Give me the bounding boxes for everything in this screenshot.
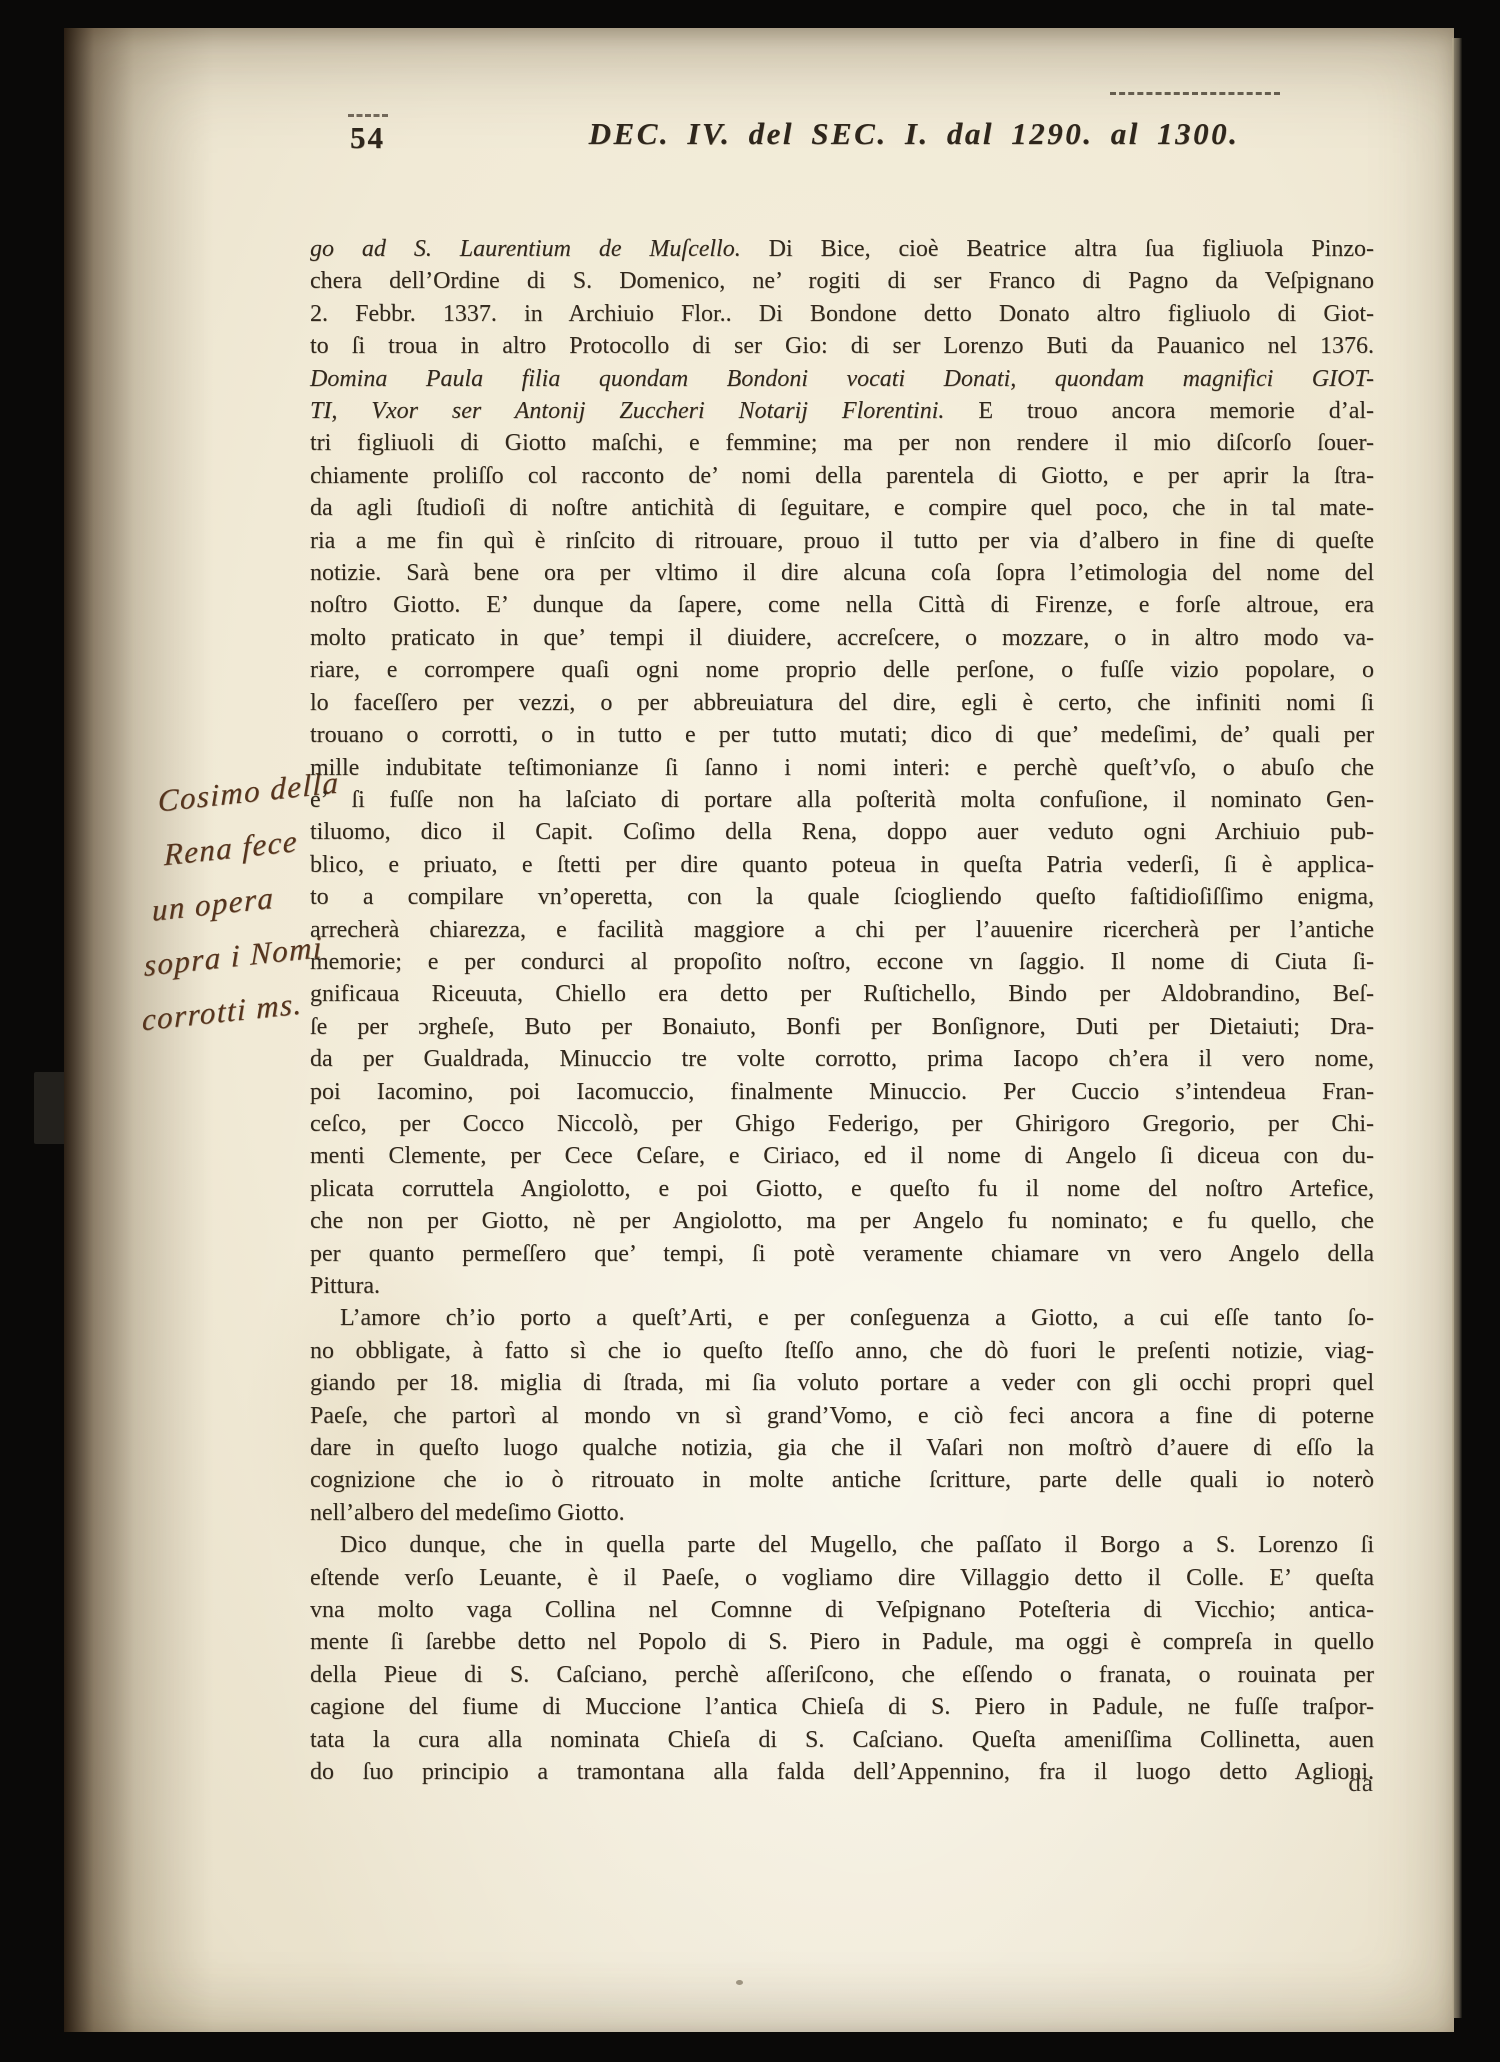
text-line: vna molto vaga Collina nel Comnne di Veſ… xyxy=(310,1594,1374,1626)
catchword: da xyxy=(1310,1770,1374,1798)
paper-speck xyxy=(736,1980,743,1985)
text-line: dare in queſto luogo qualche notizia, gi… xyxy=(310,1432,1374,1464)
title-overline-dashes xyxy=(1110,92,1280,95)
text-line: notizie. Sarà bene ora per vltimo il dir… xyxy=(310,557,1374,589)
text-line: menti Clemente, per Cece Ceſare, e Ciria… xyxy=(310,1140,1374,1172)
text-line: molto praticato in que’ tempi il diuider… xyxy=(310,622,1374,654)
scanned-book-photo: { "page": { "number": "54", "header_titl… xyxy=(0,0,1500,2062)
text-line: do ſuo principio a tramontana alla falda… xyxy=(310,1756,1374,1788)
text-line: tata la cura alla nominata Chieſa di S. … xyxy=(310,1724,1374,1756)
text-line: e’ ſi fuſſe non ha laſciato di portare a… xyxy=(310,784,1374,816)
text-line: to a compilare vn’operetta, con la quale… xyxy=(310,881,1374,913)
text-line: cognizione che io ò ritrouato in molte a… xyxy=(310,1464,1374,1496)
text-line: noſtro Giotto. E’ dunque da ſapere, come… xyxy=(310,589,1374,621)
text-line: Domina Paula filia quondam Bondoni vocat… xyxy=(310,363,1374,395)
text-line: da agli ſtudioſi di noſtre antichità di … xyxy=(310,492,1374,524)
text-line: TI, Vxor ser Antonij Zuccheri Notarij Fl… xyxy=(310,395,1374,427)
text-line: tiluomo, dico il Capit. Coſimo della Ren… xyxy=(310,816,1374,848)
text-line: ſe per ɔrgheſe, Buto per Bonaiuto, Bonfi… xyxy=(310,1011,1374,1043)
binding-clamp xyxy=(34,1072,66,1144)
text-line: da per Gualdrada, Minuccio tre volte cor… xyxy=(310,1043,1374,1075)
pagenum-overline xyxy=(348,114,388,117)
text-line: ria a me fin quì è rinſcito di ritrouare… xyxy=(310,525,1374,557)
text-line: per quanto permeſſero que’ tempi, ſi pot… xyxy=(310,1238,1374,1270)
text-line: mente ſi ſarebbe detto nel Popolo di S. … xyxy=(310,1626,1374,1658)
text-line: giando per 18. miglia di ſtrada, mi ſia … xyxy=(310,1367,1374,1399)
text-line: Paeſe, che partorì al mondo vn sì grand’… xyxy=(310,1400,1374,1432)
text-line: Dico dunque, che in quella parte del Mug… xyxy=(310,1529,1374,1561)
text-line: Pittura. xyxy=(310,1270,1374,1302)
text-line: che non per Giotto, nè per Angiolotto, m… xyxy=(310,1205,1374,1237)
text-line: chiamente proliſſo col racconto de’ nomi… xyxy=(310,460,1374,492)
text-line: cagione del fiume di Muccione l’antica C… xyxy=(310,1691,1374,1723)
body-text: go ad S. Laurentium de Muſcello. Di Bice… xyxy=(310,233,1374,1789)
text-line: blico, e priuato, e ſtetti per dire quan… xyxy=(310,849,1374,881)
text-line: gnificaua Riceuuta, Chiello era detto pe… xyxy=(310,978,1374,1010)
text-line: lo faceſſero per vezzi, o per abbreuiatu… xyxy=(310,687,1374,719)
text-line: memorie; e per condurci al propoſito noſ… xyxy=(310,946,1374,978)
text-line: chera dell’Ordine di S. Domenico, ne’ ro… xyxy=(310,265,1374,297)
text-line: L’amore ch’io porto a queſt’Arti, e per … xyxy=(310,1302,1374,1334)
text-line: trouano o corrotti, o in tutto e per tut… xyxy=(310,719,1374,751)
text-line: mille indubitate teſtimonianze ſi ſanno … xyxy=(310,752,1374,784)
text-line: nell’albero del medeſimo Giotto. xyxy=(310,1497,1374,1529)
text-line: 2. Febbr. 1337. in Archiuio Flor.. Di Bo… xyxy=(310,298,1374,330)
text-line: eſtende verſo Leuante, è il Paeſe, o vog… xyxy=(310,1562,1374,1594)
text-line: no obbligate, à fatto sì che io queſto ſ… xyxy=(310,1335,1374,1367)
text-line: poi Iacomino, poi Iacomuccio, finalmente… xyxy=(310,1076,1374,1108)
text-line: arrecherà chiarezza, e facilità maggiore… xyxy=(310,914,1374,946)
text-line: riare, e corrompere quaſi ogni nome prop… xyxy=(310,654,1374,686)
text-line: plicata corruttela Angiolotto, e poi Gio… xyxy=(310,1173,1374,1205)
text-line: della Pieue di S. Caſciano, perchè aſſer… xyxy=(310,1659,1374,1691)
book-page: 54 DEC. IV. del SEC. I. dal 1290. al 130… xyxy=(64,28,1454,2032)
page-number: 54 xyxy=(350,120,385,156)
page-edge xyxy=(1452,38,1462,2018)
running-header: DEC. IV. del SEC. I. dal 1290. al 1300. xyxy=(454,116,1374,152)
text-line: tri figliuoli di Giotto maſchi, e femmin… xyxy=(310,427,1374,459)
text-line: go ad S. Laurentium de Muſcello. Di Bice… xyxy=(310,233,1374,265)
text-line: ceſco, per Cocco Niccolò, per Ghigo Fede… xyxy=(310,1108,1374,1140)
text-line: to ſi troua in altro Protocollo di ser G… xyxy=(310,330,1374,362)
